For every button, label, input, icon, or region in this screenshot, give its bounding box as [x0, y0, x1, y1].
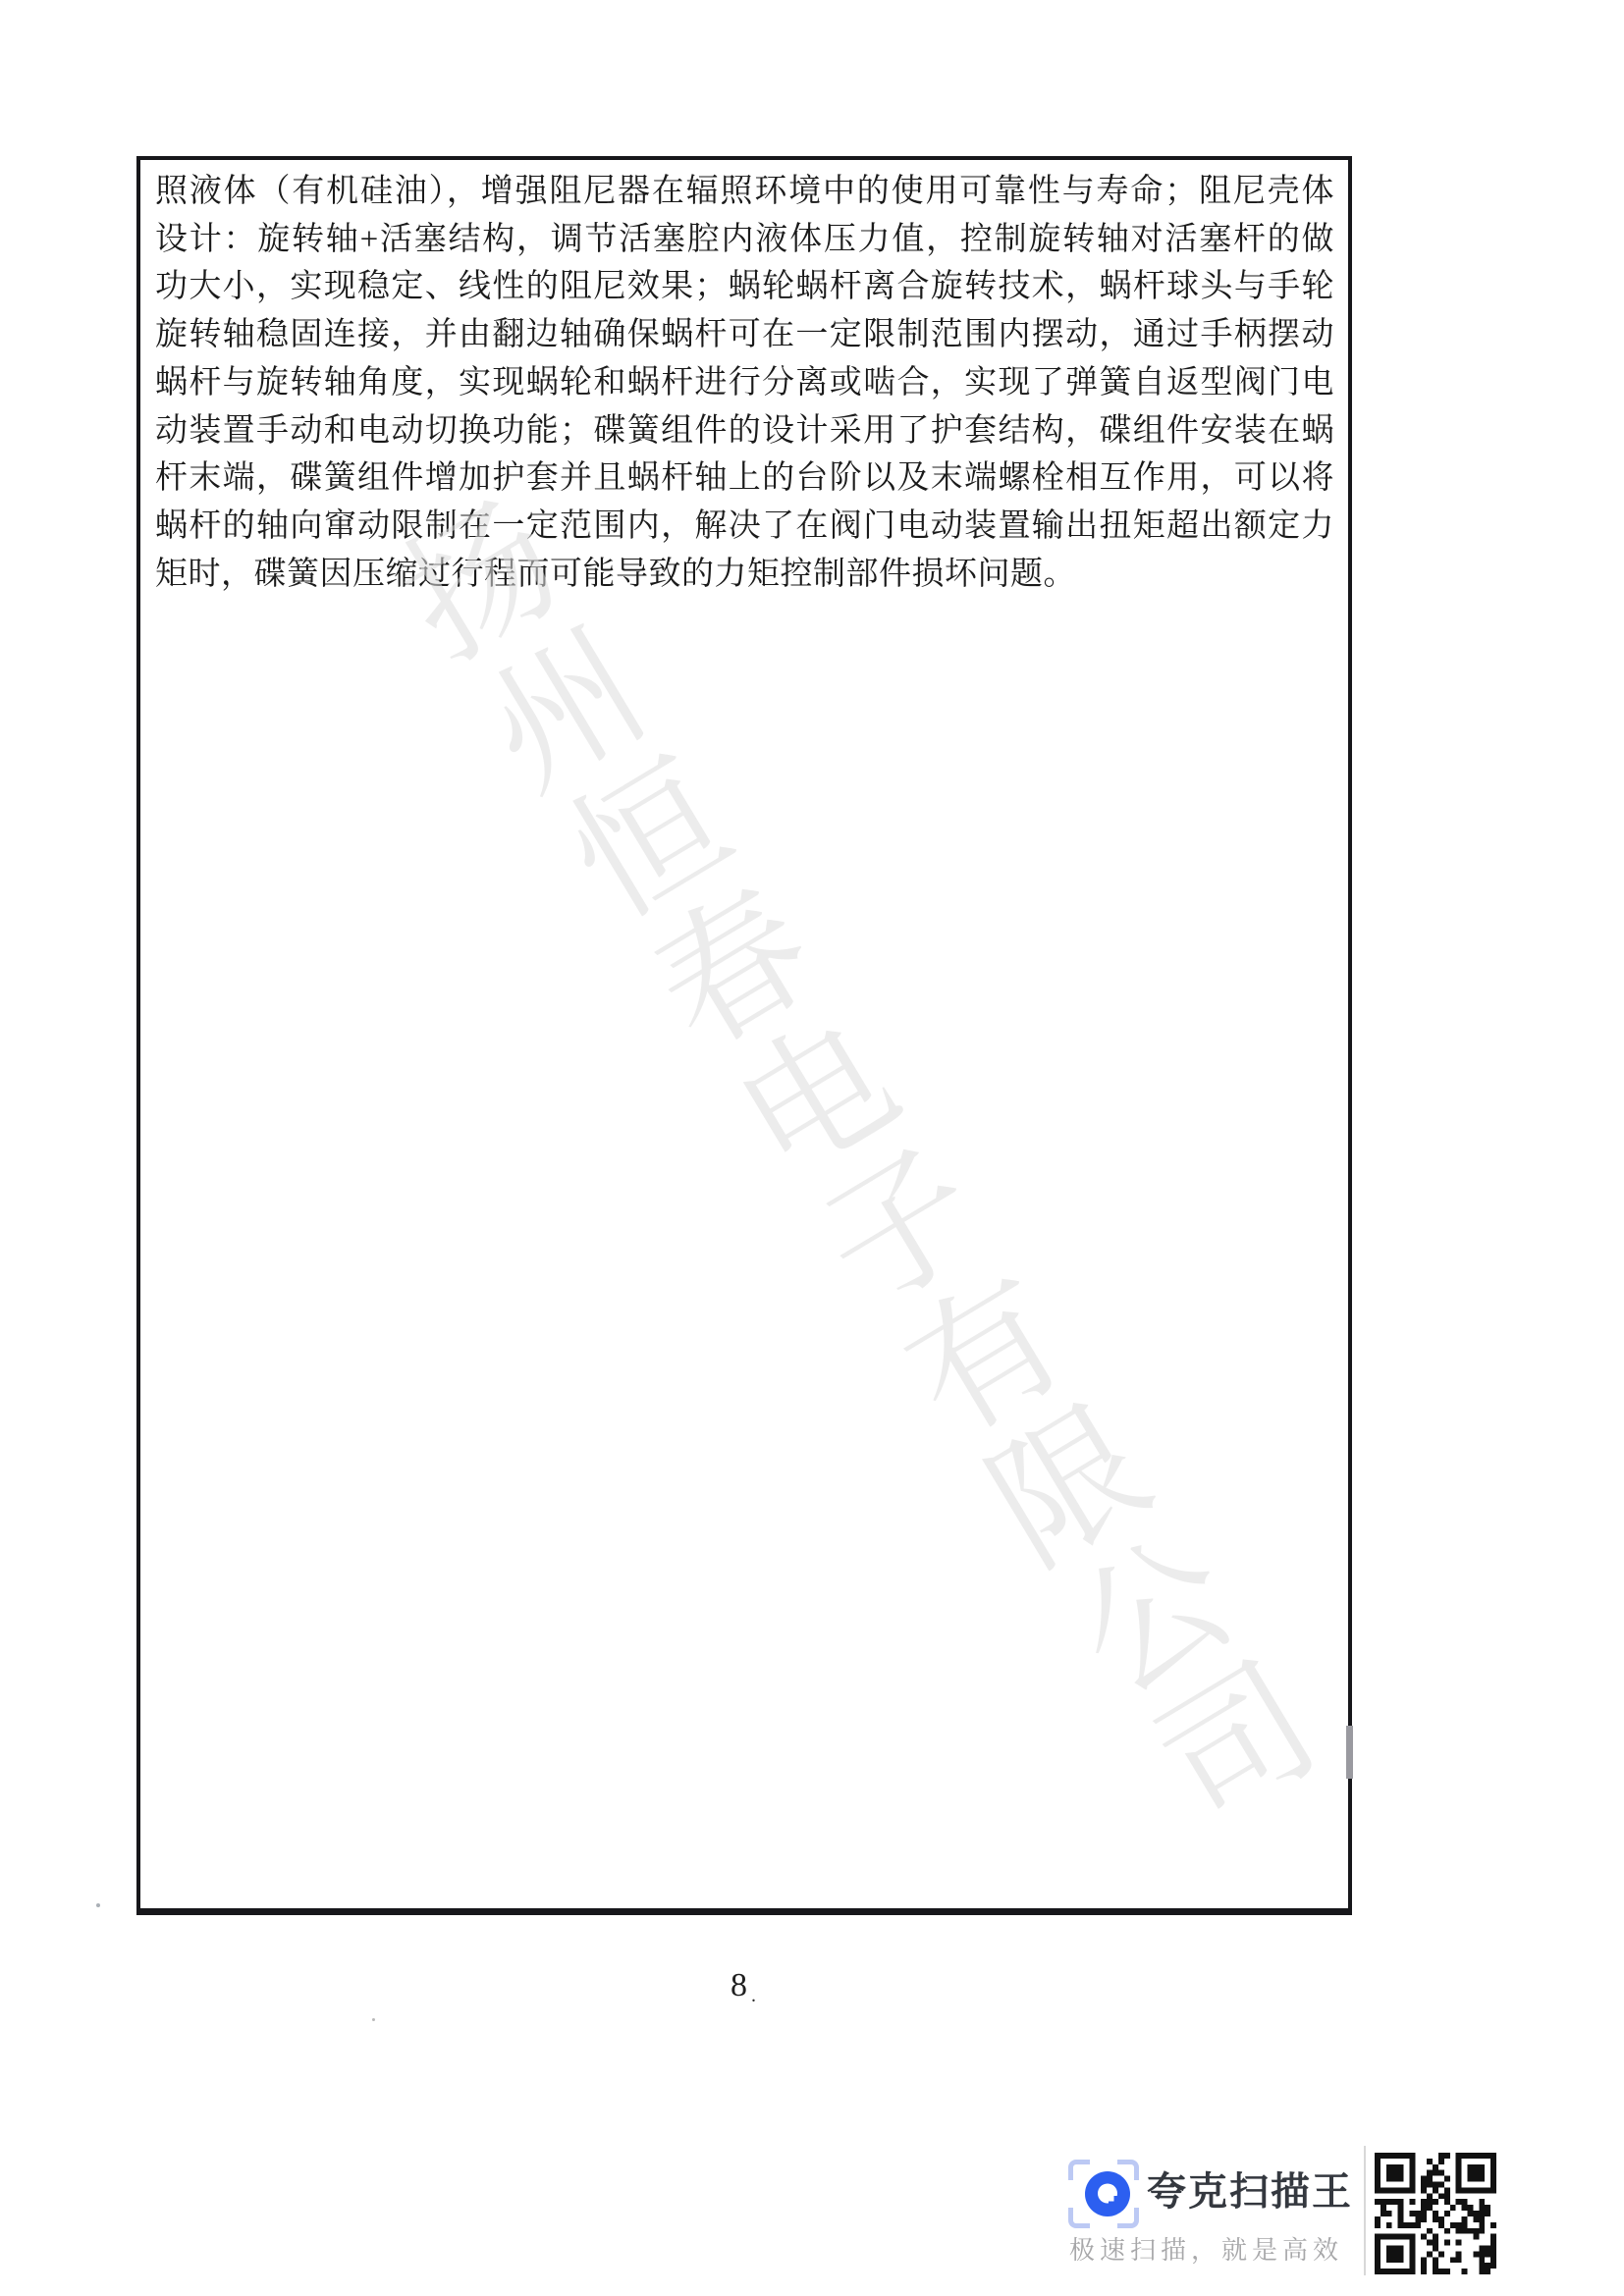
page-number-dot: .: [751, 1985, 756, 2006]
body-line: 矩时，碟簧因压缩过行程而可能导致的力矩控制部件损坏问题。: [155, 551, 1334, 599]
body-text: 照液体（有机硅油），增强阻尼器在辐照环境中的使用可靠性与寿命；阻尼壳体 设计：旋…: [140, 160, 1348, 598]
body-line: 蜗杆与旋转轴角度，实现蜗轮和蜗杆进行分离或啮合，实现了弹簧自返型阀门电: [155, 359, 1334, 407]
body-line: 设计：旋转轴+活塞结构，调节活塞腔内液体压力值，控制旋转轴对活塞杆的做: [155, 216, 1334, 264]
scan-speck: [372, 2018, 375, 2021]
qr-code: [1375, 2153, 1496, 2274]
body-line: 蜗杆的轴向窜动限制在一定范围内，解决了在阀门电动装置输出扭矩超出额定力: [155, 503, 1334, 551]
body-line: 照液体（有机硅油），增强阻尼器在辐照环境中的使用可靠性与寿命；阻尼壳体: [155, 168, 1334, 216]
footer-divider: [1364, 2146, 1366, 2275]
scanner-brand-name: 夸克扫描王: [1147, 2169, 1353, 2215]
page-number: 8.: [694, 1967, 792, 2007]
body-line: 动装置手动和电动切换功能；碟簧组件的设计采用了护套结构，碟组件安装在蜗: [155, 407, 1334, 455]
body-line: 旋转轴稳固连接，并由翻边轴确保蜗杆可在一定限制范围内摆动，通过手柄摆动: [155, 311, 1334, 359]
quark-logo-icon: [1085, 2171, 1130, 2216]
body-line: 功大小，实现稳定、线性的阻尼效果；蜗轮蜗杆离合旋转技术，蜗杆球头与手轮: [155, 263, 1334, 311]
scan-smudge: [1346, 1726, 1353, 1779]
body-text-box: 照液体（有机硅油），增强阻尼器在辐照环境中的使用可靠性与寿命；阻尼壳体 设计：旋…: [136, 156, 1352, 1915]
scanned-document-page: 照液体（有机硅油），增强阻尼器在辐照环境中的使用可靠性与寿命；阻尼壳体 设计：旋…: [0, 0, 1624, 2296]
body-line: 杆末端，碟簧组件增加护套并且蜗杆轴上的台阶以及末端螺栓相互作用，可以将: [155, 454, 1334, 503]
scan-speck: [96, 1903, 100, 1907]
scanner-tagline: 极速扫描，就是高效: [1069, 2235, 1343, 2265]
